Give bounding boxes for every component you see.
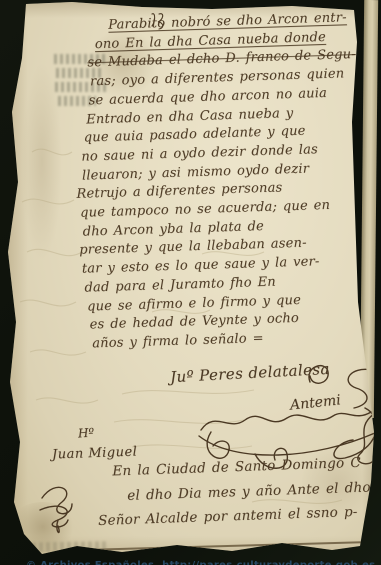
- witness-signature-rubric: [302, 358, 334, 390]
- manuscript-photo: Parabito nobró se dho Arcon entr- ono En…: [0, 0, 381, 565]
- margin-rubric-scribble: [28, 476, 84, 536]
- manuscript-page: Parabito nobró se dho Arcon entr- ono En…: [2, 2, 376, 560]
- edge-reference-stamp: [18, 541, 108, 552]
- closing-paragraph: En la Ciudad de Santo Domingo C el dho D…: [96, 450, 381, 534]
- manuscript-body: Parabito nobró se dho Arcon entr- ono En…: [68, 9, 374, 355]
- margin-note-abbrev: Hº: [78, 425, 95, 440]
- archive-watermark: © Archivos Españoles, http://pares.cultu…: [26, 560, 381, 565]
